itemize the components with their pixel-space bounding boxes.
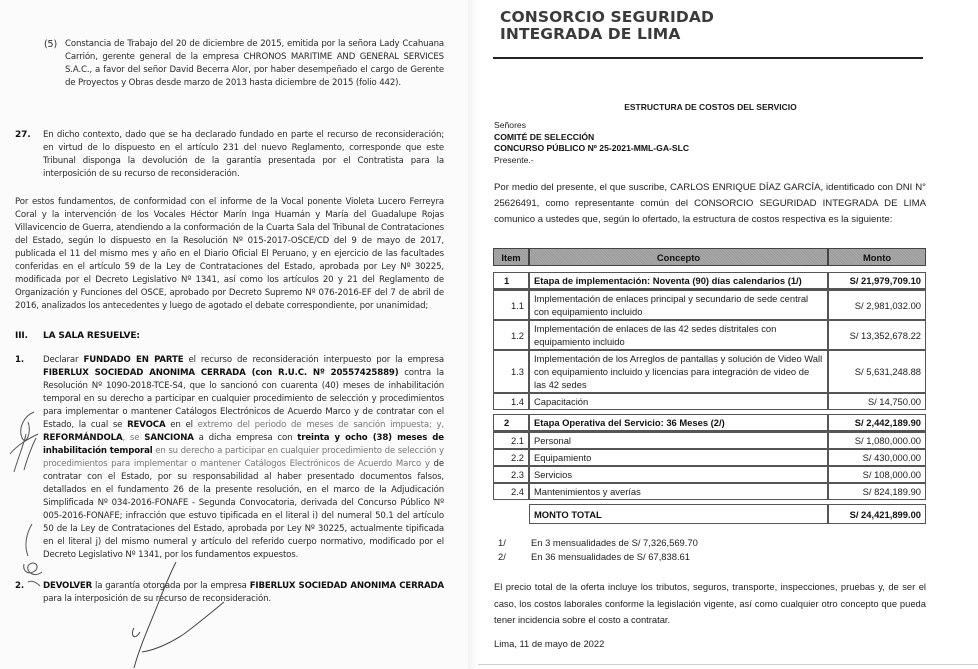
table-body: 1 Etapa de implementación: Noventa (90) …: [493, 266, 926, 524]
row-concept: Equipamiento: [529, 449, 828, 466]
resolution-1-number: 1.: [15, 354, 43, 562]
note-5: (5) Constancia de Trabajo del 20 de dici…: [44, 38, 444, 90]
page-divider: [468, 0, 478, 669]
table-row: 1.1 Implementación de enlaces principal …: [493, 290, 926, 320]
footnote-2: 2/ En 36 mensualidades de S/ 67,838.61: [498, 550, 698, 564]
closing-paragraph: El precio total de la oferta incluye los…: [494, 579, 926, 629]
footnote-2-text: En 36 mensualidades de S/ 67,838.61: [531, 550, 690, 564]
row-amount: S/ 108,000.00: [828, 466, 926, 483]
row-concept: Implementación de enlaces principal y se…: [529, 290, 828, 320]
row-concept: Implementación de los Arreglos de pantal…: [529, 350, 828, 393]
row-item-number: 1.2: [493, 320, 529, 350]
resolution-item-1: 1. Declarar FUNDADO EN PARTE el recurso …: [15, 354, 444, 562]
row-item-number: 1.4: [493, 393, 529, 410]
group-amount: S/ 2,442,189.90: [828, 414, 926, 432]
addressee-committee: COMITÉ DE SELECCIÓN: [494, 132, 689, 144]
total-label: MONTO TOTAL: [529, 504, 828, 524]
intro-paragraph: Por medio del presente, el que suscribe,…: [494, 180, 926, 228]
row-concept: Servicios: [529, 466, 828, 483]
group-item-number: 1: [493, 272, 529, 290]
company-name-line-1: CONSORCIO SEGURIDAD: [500, 9, 714, 26]
row-concept: Capacitación: [529, 393, 828, 410]
row-item-number: 1.3: [493, 350, 529, 393]
footnotes: 1/ En 3 mensualidades de S/ 7,326,569.70…: [498, 536, 698, 564]
cost-structure-table: Item Concepto Monto 1 Etapa de implement…: [493, 248, 926, 524]
header-item: Item: [493, 248, 529, 266]
group-item-number: 2: [493, 414, 529, 432]
company-name-header: CONSORCIO SEGURIDAD INTEGRADA DE LIMA: [500, 9, 714, 43]
row-amount: S/ 430,000.00: [828, 449, 926, 466]
section-roman-numeral: III.: [15, 330, 43, 343]
addressee-presente: Presente.-: [494, 155, 689, 167]
table-row: 1.2 Implementación de enlaces de las 42 …: [493, 320, 926, 350]
row-item-number: 2.3: [493, 466, 529, 483]
note-5-marker: (5): [44, 38, 65, 90]
table-row: 2.2 Equipamiento S/ 430,000.00: [493, 449, 926, 466]
row-concept: Implementación de enlaces de las 42 sede…: [529, 320, 828, 350]
place-and-date: Lima, 11 de mayo de 2022: [494, 638, 604, 649]
row-amount: S/ 824,189.90: [828, 483, 926, 500]
table-group-row: 1 Etapa de implementación: Noventa (90) …: [493, 272, 926, 290]
resolution-1-text: Declarar FUNDADO EN PARTE el recurso de …: [43, 354, 444, 562]
row-concept: Mantenimientos y averías: [529, 483, 828, 500]
addressee-block: Señores COMITÉ DE SELECCIÓN CONCURSO PÚB…: [494, 120, 689, 166]
header-rule: [493, 57, 923, 59]
row-amount: S/ 13,352,678.22: [828, 320, 926, 350]
cost-structure-page: CONSORCIO SEGURIDAD INTEGRADA DE LIMA ES…: [478, 0, 978, 669]
table-header-row: Item Concepto Monto: [493, 248, 926, 266]
table-row: 2.3 Servicios S/ 108,000.00: [493, 466, 926, 483]
table-group-row: 2 Etapa Operativa del Servicio: 36 Meses…: [493, 414, 926, 432]
table-row: 2.4 Mantenimientos y averías S/ 824,189.…: [493, 483, 926, 500]
table-row: 2.1 Personal S/ 1,080,000.00: [493, 432, 926, 449]
section-heading: III.LA SALA RESUELVE:: [15, 330, 140, 343]
signature-main-icon: [112, 560, 232, 669]
section-title: LA SALA RESUELVE:: [43, 331, 140, 341]
paragraph-27-number: 27.: [15, 129, 43, 181]
table-row: 1.3 Implementación de los Arreglos de pa…: [493, 350, 926, 393]
header-concept: Concepto: [529, 248, 828, 266]
row-amount: S/ 2,981,032.00: [828, 290, 926, 320]
paragraph-27-text: En dicho contexto, dado que se ha declar…: [43, 129, 444, 181]
footnote-1-marker: 1/: [498, 536, 531, 550]
addressee-contest: CONCURSO PÚBLICO Nº 25-2021-MML-GA-SLC: [494, 143, 689, 155]
footnote-1-text: En 3 mensualidades de S/ 7,326,569.70: [531, 536, 698, 550]
row-concept: Personal: [529, 432, 828, 449]
group-amount: S/ 21,979,709.10: [828, 272, 926, 290]
tribunal-resolution-page: (5) Constancia de Trabajo del 20 de dici…: [0, 0, 468, 669]
row-amount: S/ 14,750.00: [828, 393, 926, 410]
row-item-number: 2.4: [493, 483, 529, 500]
resolution-2-number: 2.: [15, 580, 43, 606]
row-amount: S/ 5,631,248.88: [828, 350, 926, 393]
row-item-number: 2.2: [493, 449, 529, 466]
page-bottom-rule: [478, 664, 978, 665]
note-5-text: Constancia de Trabajo del 20 de diciembr…: [65, 38, 444, 90]
table-row: 1.4 Capacitación S/ 14,750.00: [493, 393, 926, 410]
paragraph-27: 27. En dicho contexto, dado que se ha de…: [15, 129, 444, 181]
row-item-number: 2.1: [493, 432, 529, 449]
resolution-2-text: DEVOLVER la garantía otorgada por la emp…: [43, 580, 444, 606]
company-name-line-2: INTEGRADA DE LIMA: [500, 26, 714, 43]
table-total-row: MONTO TOTAL S/ 24,421,899.00: [493, 504, 926, 524]
footnote-2-marker: 2/: [498, 550, 531, 564]
header-amount: Monto: [828, 248, 926, 266]
document-title: ESTRUCTURA DE COSTOS DEL SERVICIO: [478, 102, 943, 112]
fundamentos-paragraph: Por estos fundamentos, de conformidad co…: [15, 196, 444, 313]
total-amount: S/ 24,421,899.00: [828, 504, 926, 524]
footnote-1: 1/ En 3 mensualidades de S/ 7,326,569.70: [498, 536, 698, 550]
group-concept: Etapa de implementación: Noventa (90) dí…: [529, 272, 828, 290]
addressee-salutation: Señores: [494, 120, 689, 132]
row-item-number: 1.1: [493, 290, 529, 320]
resolution-item-2: 2. DEVOLVER la garantía otorgada por la …: [15, 580, 444, 606]
row-amount: S/ 1,080,000.00: [828, 432, 926, 449]
group-concept: Etapa Operativa del Servicio: 36 Meses (…: [529, 414, 828, 432]
